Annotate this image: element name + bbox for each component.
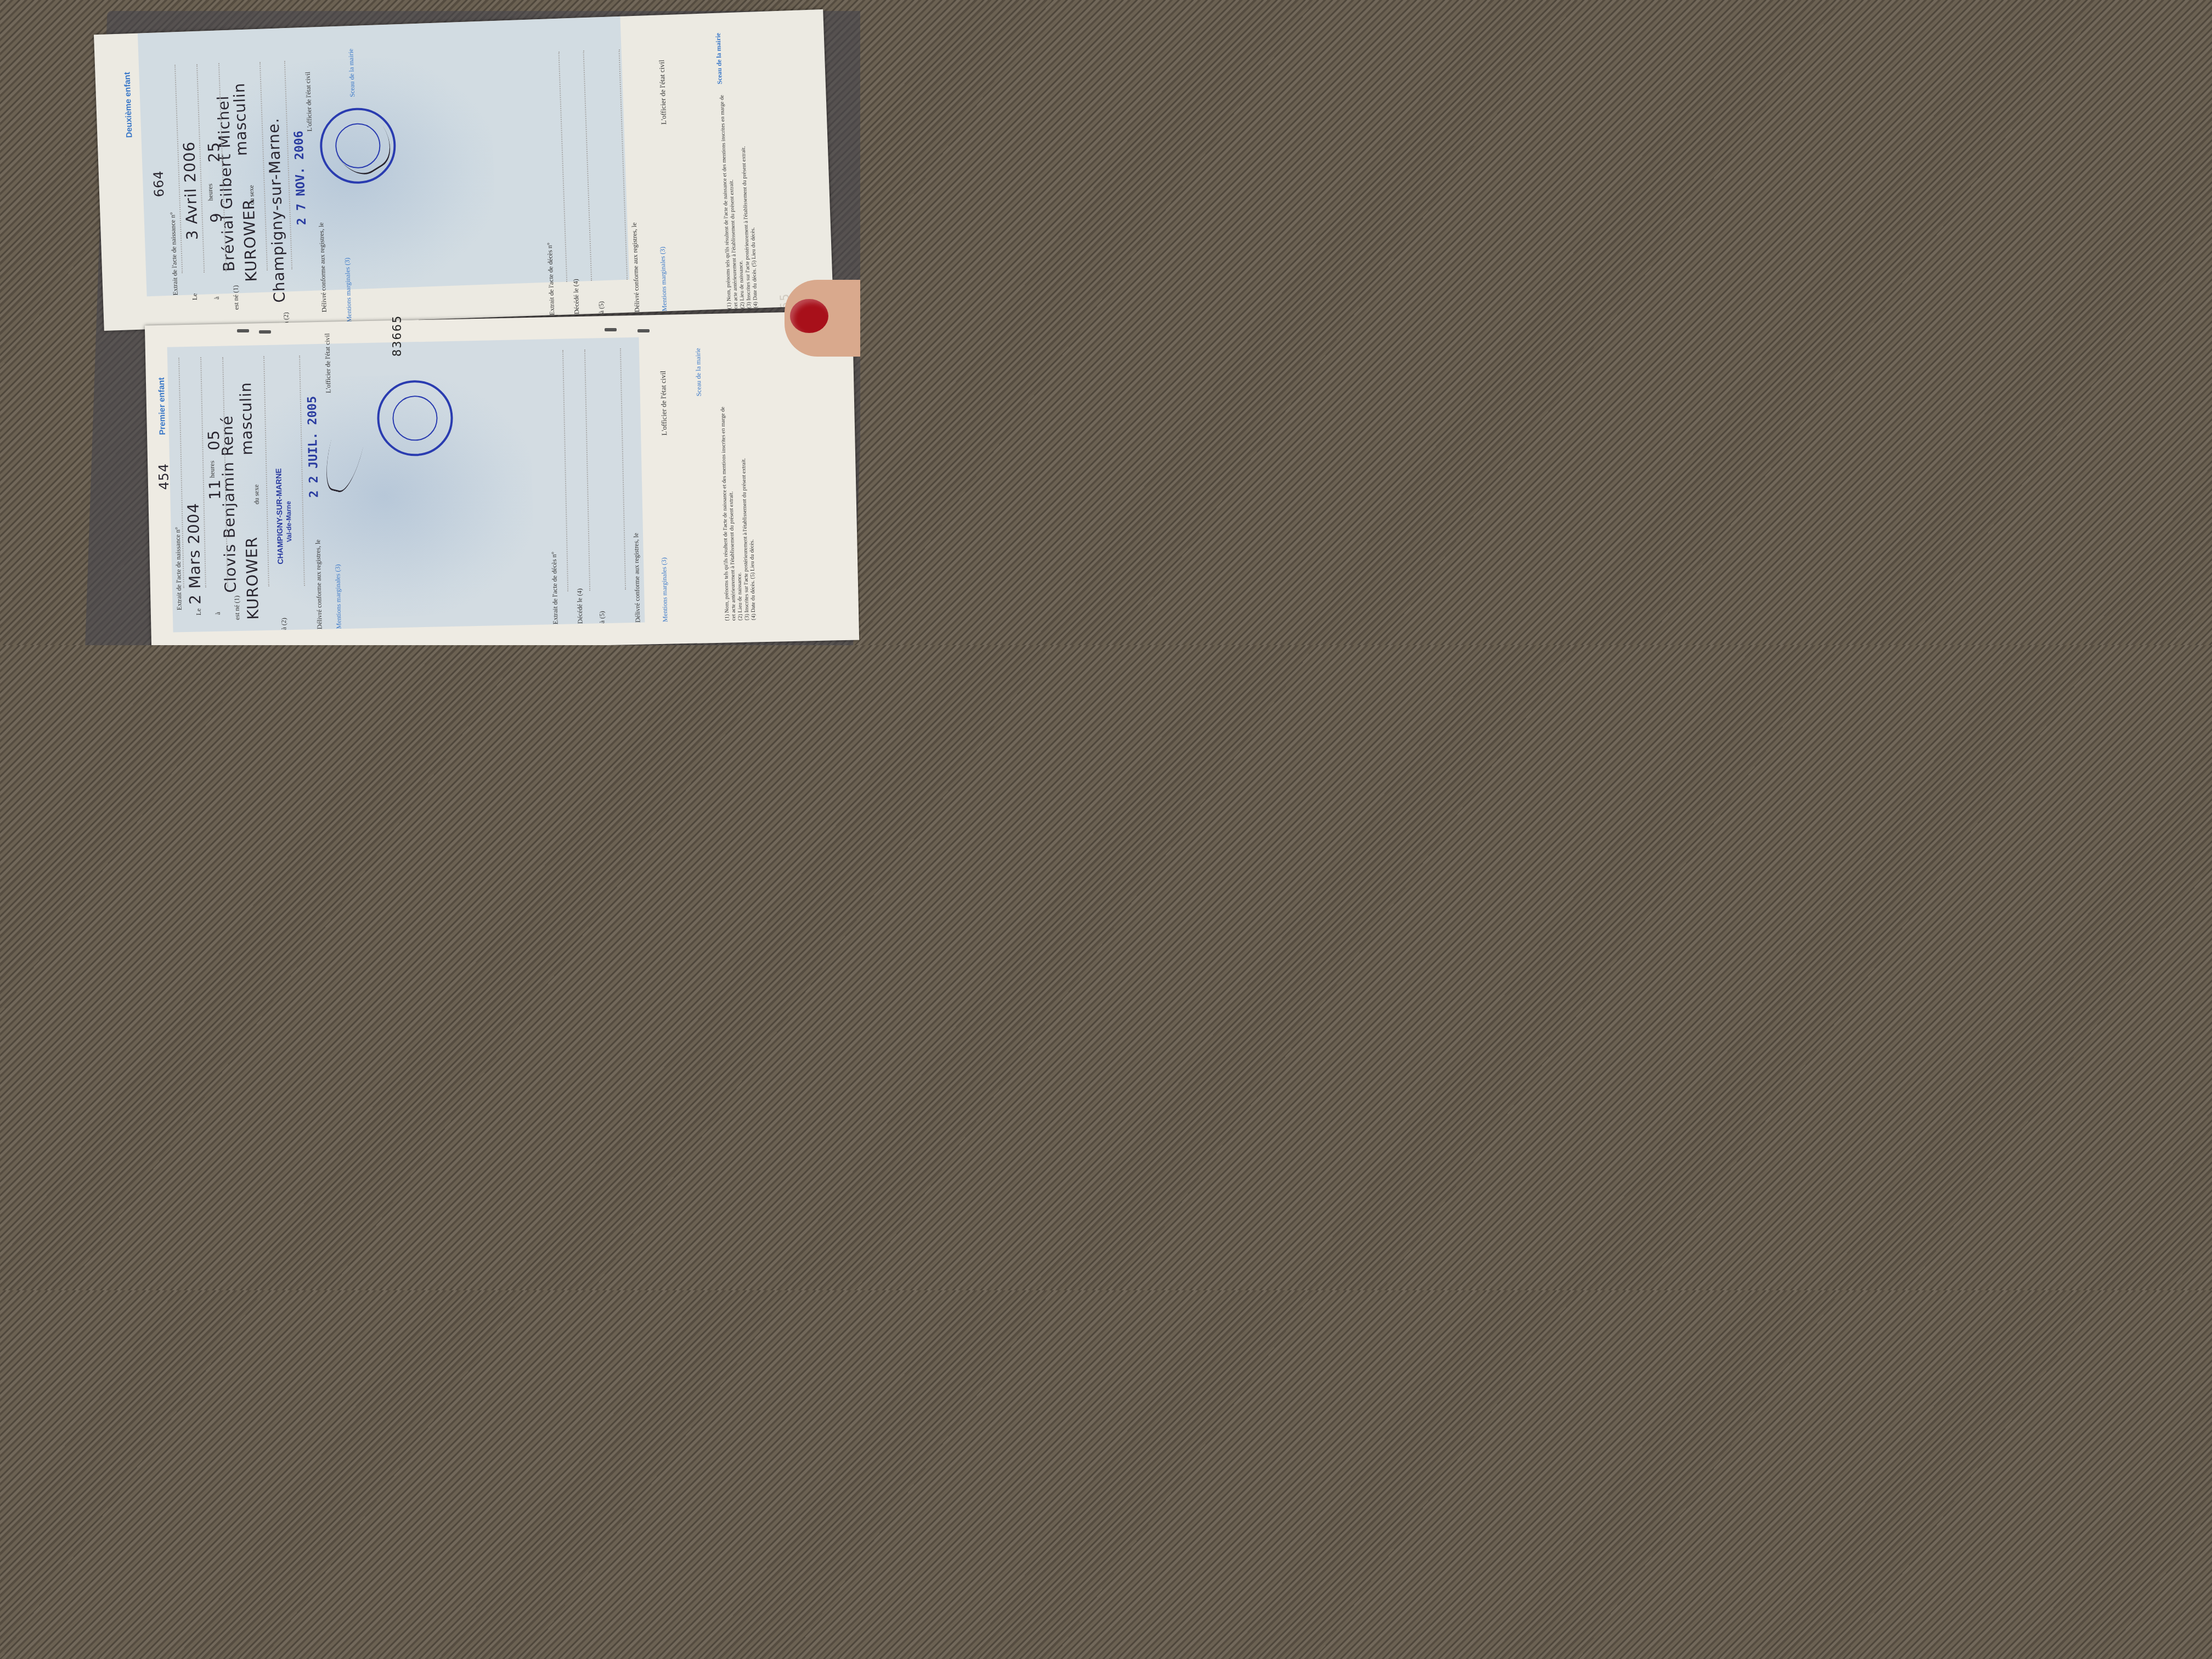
death-place-label: à (5) [597, 301, 606, 314]
death-seal-label: Sceau de la mairie [694, 348, 703, 397]
death-place-label: à (5) [598, 611, 606, 624]
section-heading: Deuxième enfant [122, 72, 134, 138]
page-second-child: Deuxième enfant Extrait de l'acte de nai… [94, 9, 833, 331]
born-label: est né (1) [232, 285, 241, 310]
death-marginal-label: Mentions marginales (3) [660, 557, 669, 622]
at-label: à [214, 612, 222, 615]
binding-staple [637, 329, 650, 332]
binding-staple [259, 330, 271, 334]
birth-extract-number: 454 [156, 463, 172, 490]
given-names: Clovis Benjamin René [218, 415, 240, 593]
sex-label: du sexe [252, 484, 261, 505]
birth-date: 2 Mars 2004 [184, 503, 205, 605]
binding-staple [605, 328, 617, 331]
birth-place-department: Val-de-Marne [285, 501, 294, 542]
sex-label: du sexe [247, 185, 256, 205]
officer-label: L'officier de l'état civil [323, 333, 332, 393]
date-label: Le [191, 293, 199, 300]
hours-label: heures [206, 184, 215, 201]
sex-value: masculin [236, 382, 256, 455]
birth-extract-number: 664 [151, 170, 167, 198]
red-fingernail [790, 299, 828, 333]
at-label: à [213, 296, 221, 300]
born-label: est né (1) [233, 595, 241, 620]
death-extract-label: Extrait de l'acte de décès n° [550, 551, 560, 624]
death-date-label: Décédé le (4) [572, 279, 581, 314]
delivered-date-stamp: 2 2 JUIL. 2005 [306, 396, 321, 498]
death-seal-label: Sceau de la mairie [714, 33, 724, 84]
section-heading: Premier enfant [157, 377, 167, 435]
place-label: à (2) [280, 618, 288, 630]
marginal-mentions-label: Mentions marginales (3) [334, 564, 343, 629]
death-delivered-label: Délivré conforme aux registres, le [630, 222, 642, 312]
footnote-4: (4) Date du décès. (5) Lieu du décès. [749, 539, 757, 620]
birth-date: 3 Avril 2006 [180, 141, 201, 240]
seal-label: Sceau de la mairie [347, 48, 357, 97]
surname: KUROWER [240, 199, 261, 282]
page-number: 83665 [391, 315, 404, 357]
sex-value: masculin [230, 82, 251, 156]
date-label: Le [195, 608, 203, 616]
page-first-child: Premier enfant Extrait de l'acte de nais… [145, 311, 859, 645]
binding-staple [237, 329, 249, 332]
death-officer-label: L'officier de l'état civil [659, 370, 669, 435]
death-date-label: Décédé le (4) [575, 588, 584, 624]
death-marginal-label: Mentions marginales (3) [658, 246, 669, 311]
hours-label: heures [208, 461, 217, 478]
death-officer-label: L'officier de l'état civil [657, 60, 668, 125]
surname: KUROWER [242, 537, 262, 620]
